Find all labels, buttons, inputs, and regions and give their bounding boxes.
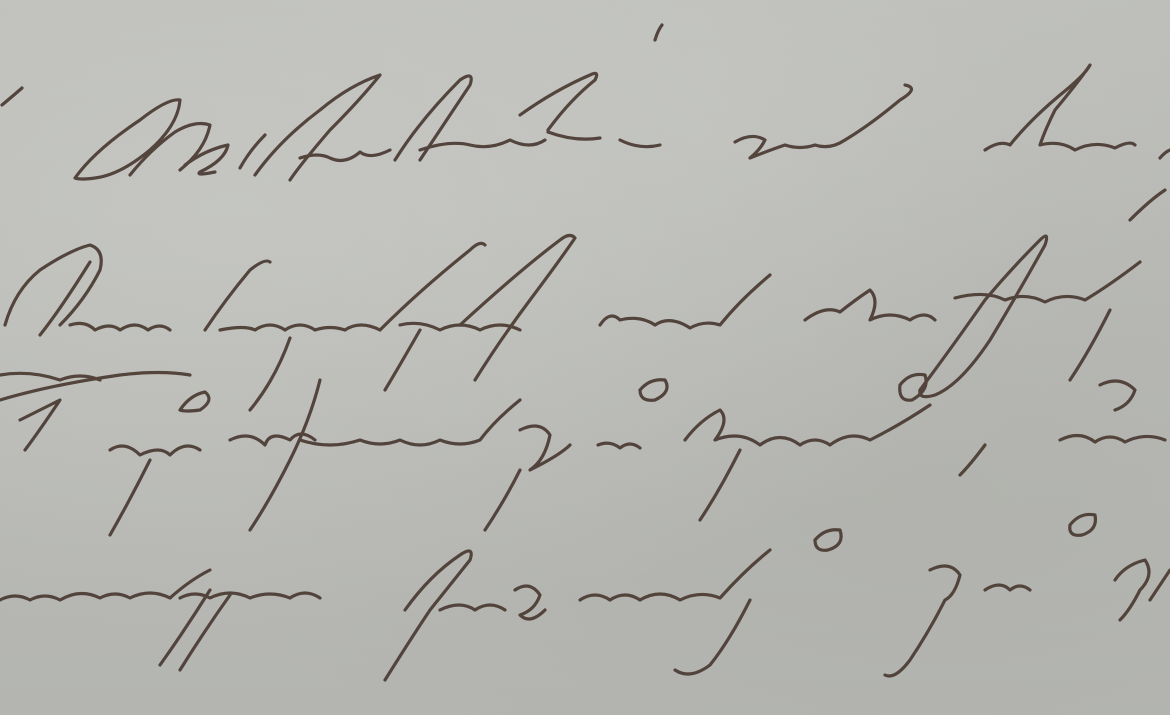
manuscript-page: Ռեխսանձի յետ ձեր Ալոյր Երկրորդնի ձեռ հայ… xyxy=(0,0,1170,715)
handwriting-strokes xyxy=(0,0,1170,715)
handwriting-line-4 xyxy=(0,514,1170,680)
handwriting-line-3 xyxy=(0,373,1165,536)
handwriting-line-1 xyxy=(2,25,1170,180)
handwriting-line-2 xyxy=(5,190,1165,410)
